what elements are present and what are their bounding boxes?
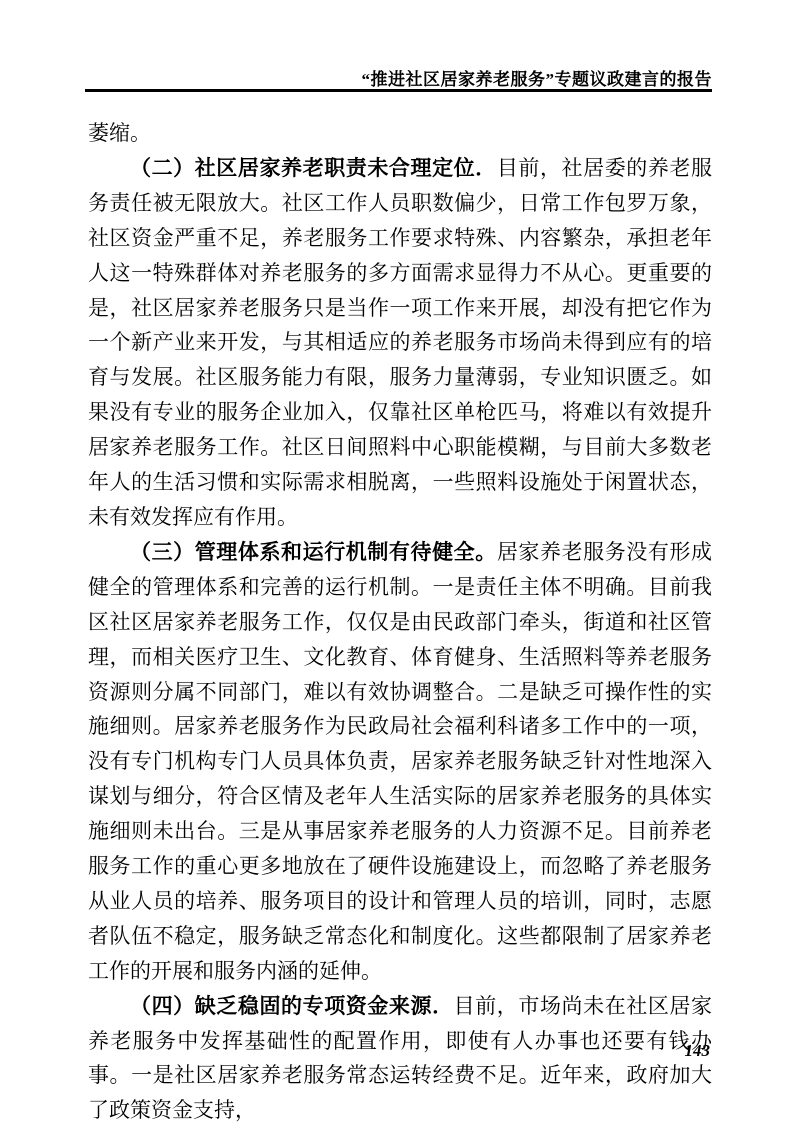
document-body: 萎缩。 （二）社区居家养老职责未合理定位．目前，社居委的养老服务责任被无限放大。… [88,116,712,1128]
page-number: 143 [685,1041,711,1061]
paragraph-continuation: 萎缩。 [88,116,712,151]
paragraph-section-4: （四）缺乏稳固的专项资金来源．目前，市场尚未在社区居家养老服务中发挥基础性的配置… [88,989,712,1129]
header-rule [85,89,712,92]
section-3-heading: （三）管理体系和运行机制有待健全。 [130,540,497,564]
section-2-text: 目前，社居委的养老服务责任被无限放大。社区工作人员职数偏少，日常工作包罗万象，社… [88,156,712,529]
document-page: “推进社区居家养老服务”专题议政建言的报告 萎缩。 （二）社区居家养老职责未合理… [0,0,803,1133]
running-header-title: “推进社区居家养老服务”专题议政建言的报告 [362,65,713,90]
paragraph-section-3: （三）管理体系和运行机制有待健全。居家养老服务没有形成健全的管理体系和完善的运行… [88,535,712,989]
paragraph-section-2: （二）社区居家养老职责未合理定位．目前，社居委的养老服务责任被无限放大。社区工作… [88,151,712,535]
section-2-heading: （二）社区居家养老职责未合理定位． [130,156,497,180]
section-4-heading: （四）缺乏稳固的专项资金来源． [130,994,454,1018]
section-3-text: 居家养老服务没有形成健全的管理体系和完善的运行机制。一是责任主体不明确。目前我区… [88,540,712,983]
